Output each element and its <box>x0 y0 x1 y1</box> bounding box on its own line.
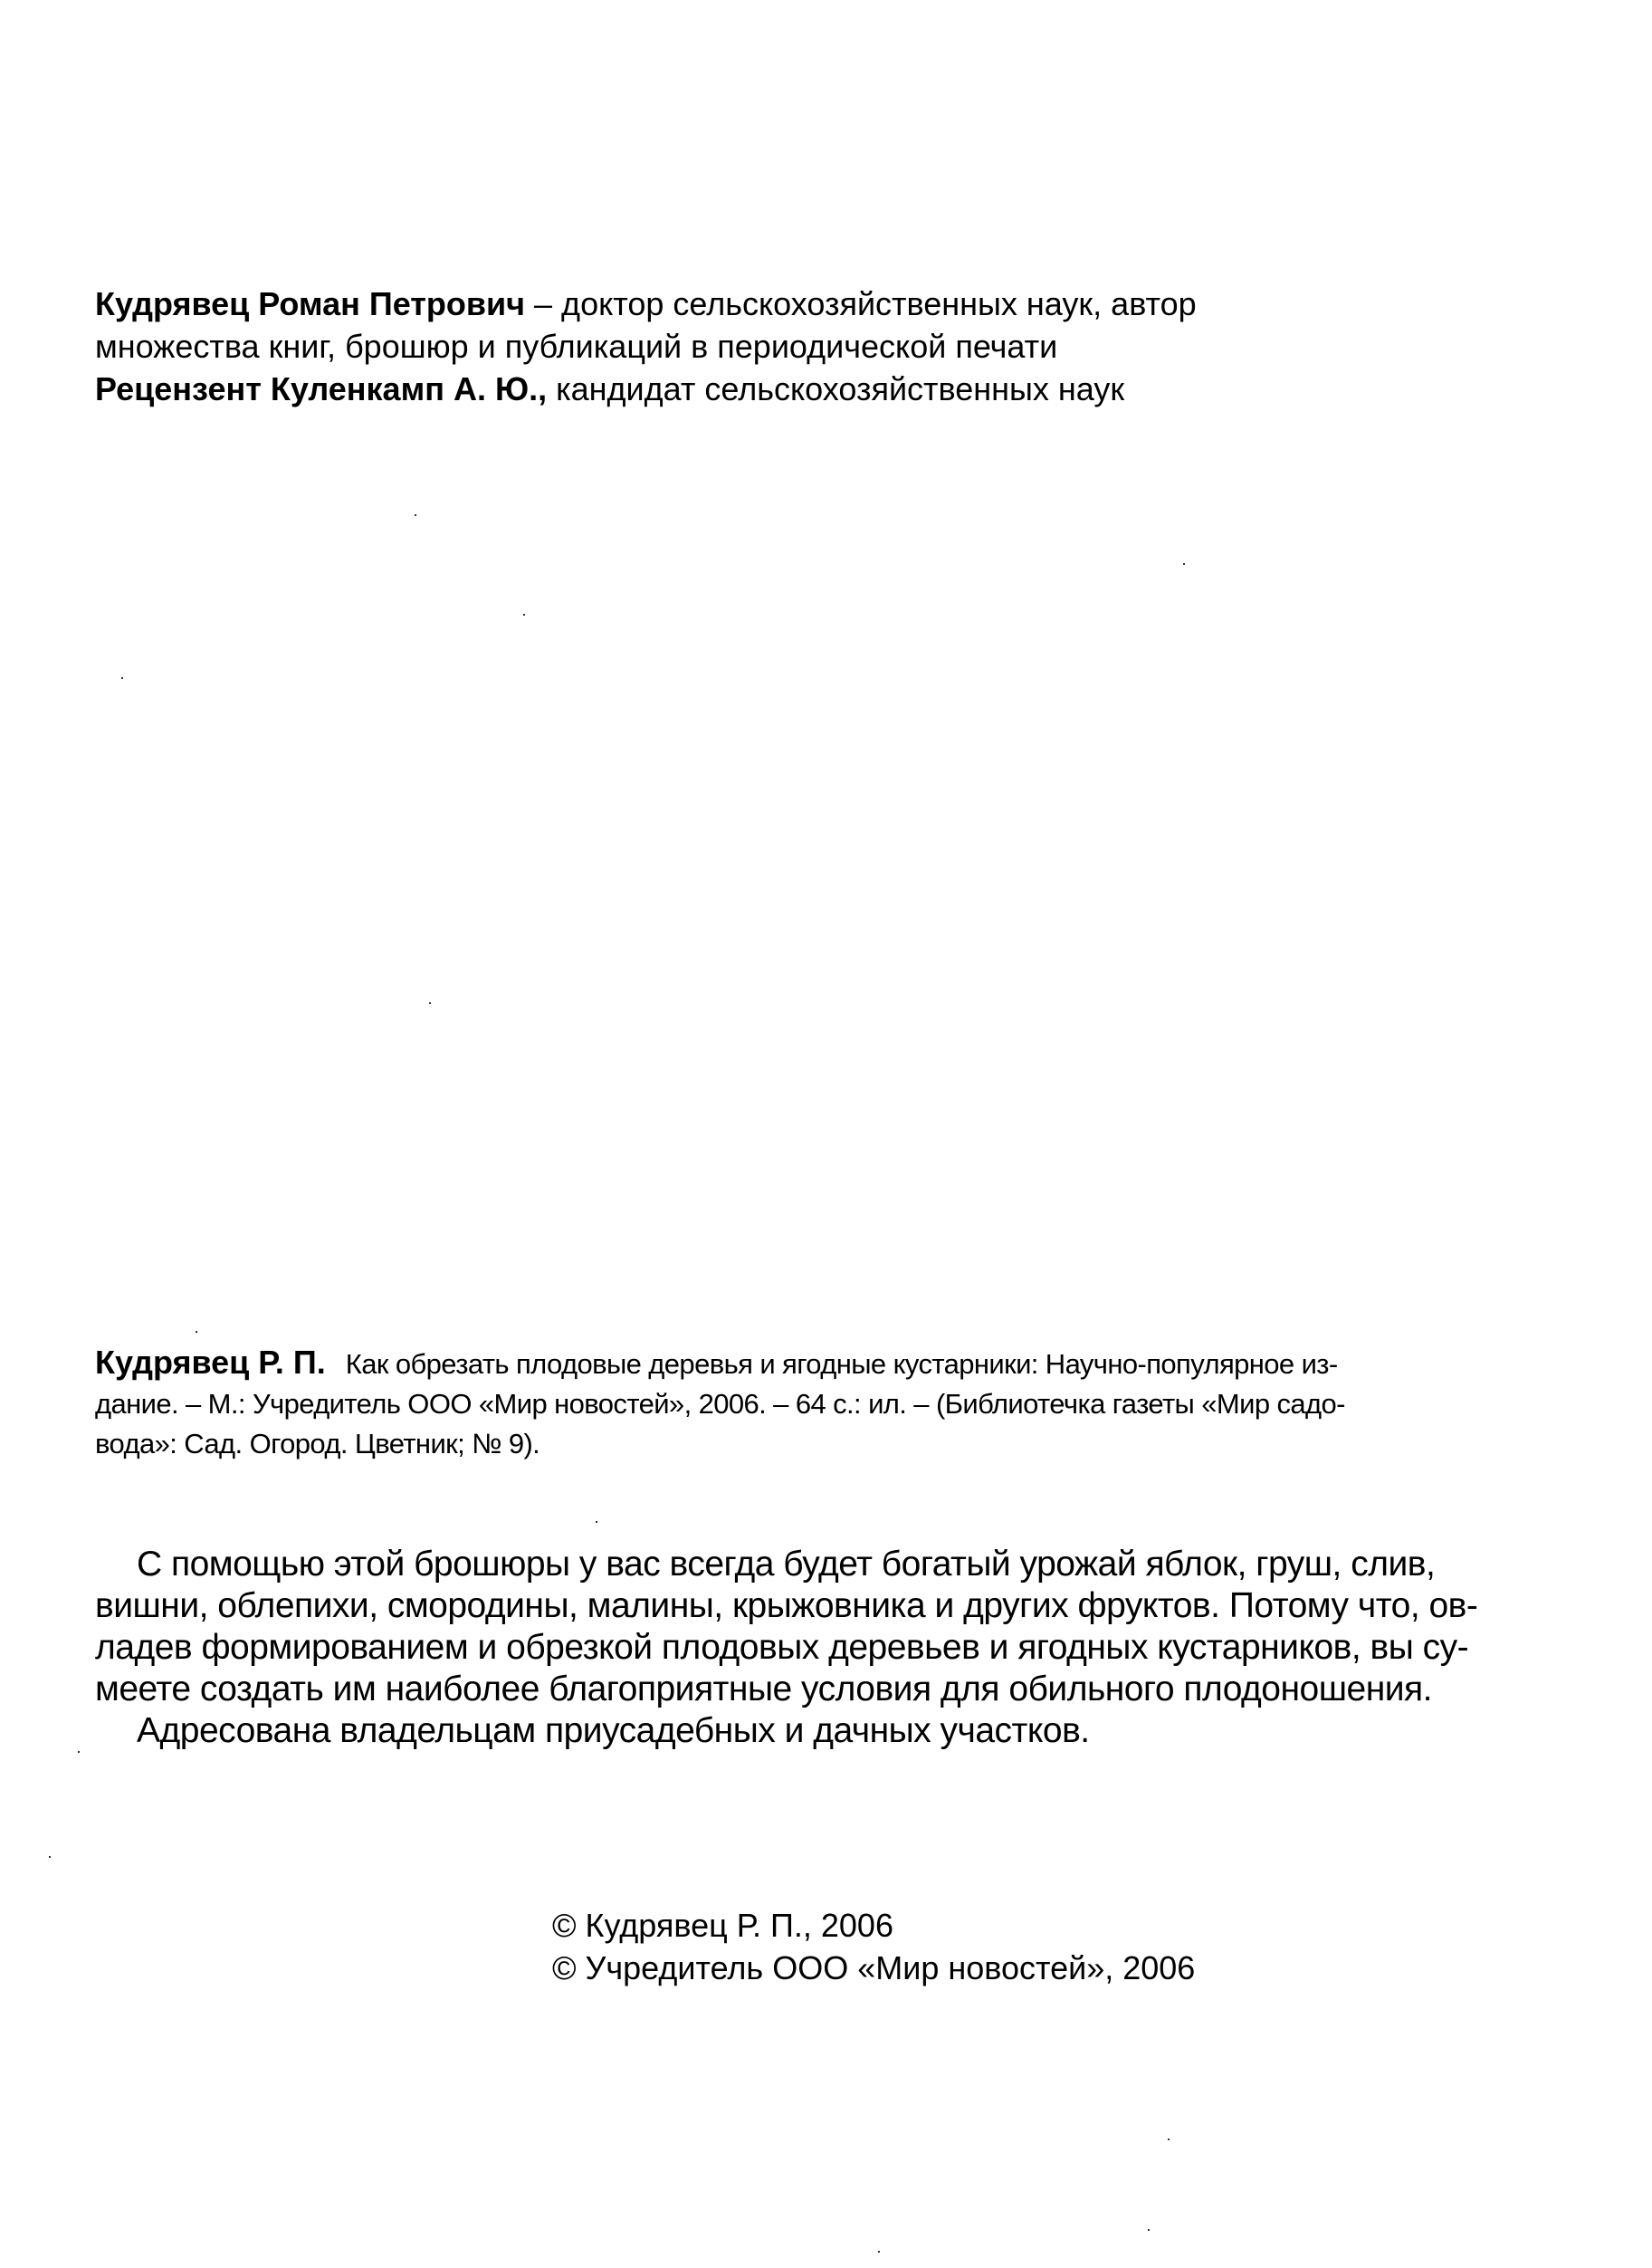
copyright-notice: © Кудрявец Р. П., 2006 © Учредитель ООО … <box>552 1904 1195 1989</box>
copyright-author: © Кудрявец Р. П., 2006 <box>552 1904 1195 1947</box>
biblio-line-1: Кудрявец Р. П.Как обрезать плодовые дере… <box>95 1343 1589 1384</box>
scan-speck <box>121 677 123 679</box>
scan-speck <box>429 1002 431 1004</box>
reviewer-description: кандидат сельскохозяйственных наук <box>547 370 1124 407</box>
reviewer-line: Рецензент Куленкамп А. Ю., кандидат сель… <box>95 368 1543 410</box>
biblio-line-3: вода»: Сад. Огород. Цветник; № 9). <box>95 1424 1589 1464</box>
author-info-line-1: Кудрявец Роман Петрович – доктор сельско… <box>95 282 1543 325</box>
scan-speck <box>415 514 416 516</box>
scan-speck <box>1183 563 1185 565</box>
annotation-audience: Адресована владельцам приусадебных и дач… <box>95 1710 1589 1752</box>
biblio-line-2: дание. – М.: Учредитель ООО «Мир новосте… <box>95 1384 1589 1424</box>
annotation: С помощью этой брошюры у вас всегда буде… <box>95 1544 1589 1752</box>
author-info: Кудрявец Роман Петрович – доктор сельско… <box>95 282 1543 410</box>
scan-speck <box>196 1331 197 1333</box>
copyright-publisher: © Учредитель ООО «Мир новостей», 2006 <box>552 1947 1195 1989</box>
biblio-author: Кудрявец Р. П. <box>95 1344 326 1381</box>
biblio-title: Как обрезать плодовые деревья и ягодные … <box>346 1348 1338 1380</box>
scan-speck <box>78 1751 80 1753</box>
scan-speck <box>878 2251 880 2253</box>
scan-speck <box>1148 2229 1150 2231</box>
author-name: Кудрявец Роман Петрович <box>95 285 525 322</box>
annotation-line-3: ладев формированием и обрезкой плодовых … <box>95 1627 1589 1669</box>
scan-speck <box>523 614 525 616</box>
annotation-line-2: вишни, облепихи, смородины, малины, крыж… <box>95 1585 1589 1627</box>
scan-speck <box>1168 2139 1170 2140</box>
annotation-line-1: С помощью этой брошюры у вас всегда буде… <box>95 1544 1589 1585</box>
reviewer-name: Рецензент Куленкамп А. Ю., <box>95 370 547 407</box>
author-description: – доктор сельскохозяйственных наук, авто… <box>525 285 1197 322</box>
bibliographic-record: Кудрявец Р. П.Как обрезать плодовые дере… <box>95 1343 1589 1464</box>
scan-speck <box>49 1856 51 1858</box>
author-info-line-2: множества книг, брошюр и публикаций в пе… <box>95 325 1543 368</box>
scan-speck <box>596 1521 597 1523</box>
annotation-line-4: меете создать им наиболее благоприятные … <box>95 1669 1589 1710</box>
